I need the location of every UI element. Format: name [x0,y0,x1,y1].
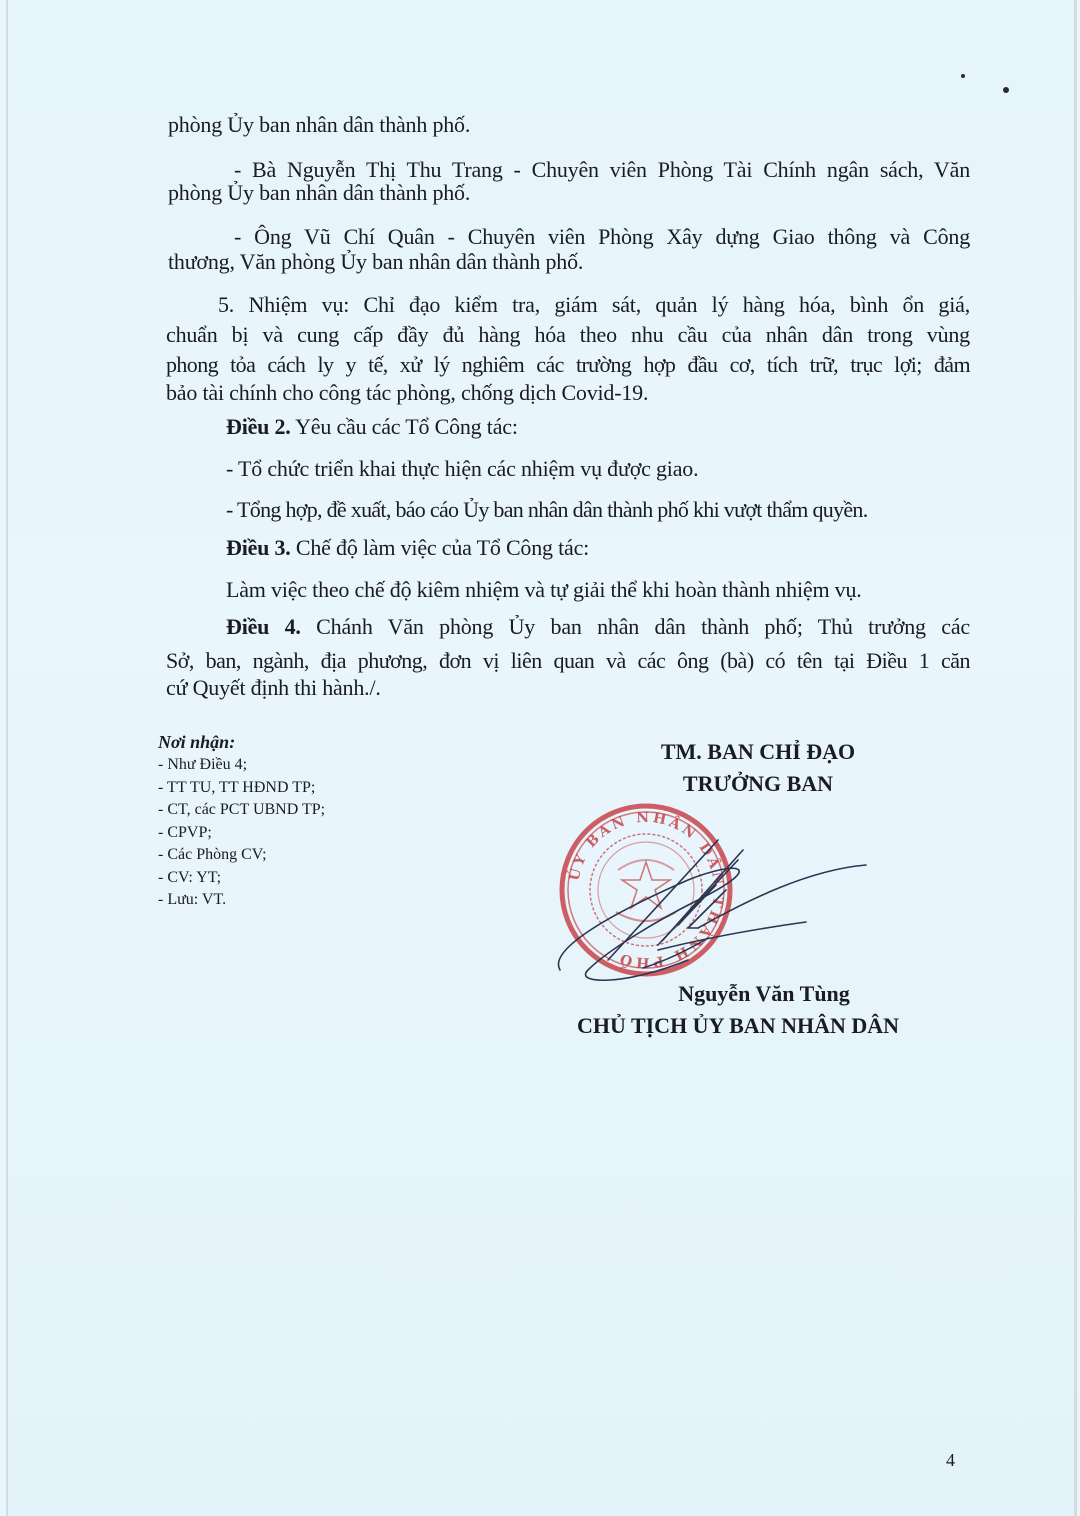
article-4-label: Điều 4. [226,614,301,639]
member-trang-line-2: phòng Ủy ban nhân dân thành phố. [168,180,470,206]
article-4-line-1: Điều 4. Chánh Văn phòng Ủy ban nhân dân … [226,614,970,640]
signer-name: Nguyễn Văn Tùng [568,978,948,1010]
article-4-line-2: Sở, ban, ngành, địa phương, đơn vị liên … [166,648,970,674]
article-2-item: - Tổng hợp, đề xuất, báo cáo Ủy ban nhân… [226,497,868,523]
recipient-item: - TT TU, TT HĐND TP; [158,777,325,800]
body-line: phòng Ủy ban nhân dân thành phố. [168,112,470,138]
article-2-heading: Điều 2. Yêu cầu các Tổ Công tác: [226,414,518,440]
recipients-block: Nơi nhận: - Như Điều 4; - TT TU, TT HĐND… [158,730,325,912]
member-quan-line-1: - Ông Vũ Chí Quân - Chuyên viên Phòng Xâ… [234,224,970,250]
article-4-line-3: cứ Quyết định thi hành./. [166,675,381,701]
duty-line-1: 5. Nhiệm vụ: Chỉ đạo kiểm tra, giám sát,… [218,292,970,318]
scan-speck [1003,87,1009,93]
duty-line-2: chuẩn bị và cung cấp đầy đủ hàng hóa the… [166,322,970,348]
recipients-heading: Nơi nhận: [158,730,325,754]
article-3-text: Làm việc theo chế độ kiêm nhiệm và tự gi… [226,577,862,603]
recipient-item: - CPVP; [158,822,325,845]
document-page: phòng Ủy ban nhân dân thành phố. - Bà Ng… [6,0,1077,1516]
article-3-label: Điều 3. [226,535,291,560]
signer-block: Nguyễn Văn Tùng CHỦ TỊCH ỦY BAN NHÂN DÂN [568,978,948,1042]
signature-heading: TM. BAN CHỈ ĐẠO TRƯỞNG BAN [568,736,948,800]
recipient-item: - CT, các PCT UBND TP; [158,799,325,822]
handwritten-signature-icon [548,820,908,1000]
article-2-label: Điều 2. [226,414,291,439]
article-2-item: - Tổ chức triển khai thực hiện các nhiệm… [226,456,698,482]
duty-line-4: bảo tài chính cho công tác phòng, chống … [166,380,648,406]
recipient-item: - Lưu: VT. [158,889,325,912]
recipient-item: - CV: YT; [158,867,325,890]
article-3-heading: Điều 3. Chế độ làm việc của Tổ Công tác: [226,535,589,561]
article-4-text: Chánh Văn phòng Ủy ban nhân dân thành ph… [301,614,970,639]
recipient-item: - Các Phòng CV; [158,844,325,867]
article-3-title: Chế độ làm việc của Tổ Công tác: [291,535,589,560]
position-label: TRƯỞNG BAN [568,768,948,800]
signer-title: CHỦ TỊCH ỦY BAN NHÂN DÂN [528,1010,948,1042]
member-quan-line-2: thương, Văn phòng Ủy ban nhân dân thành … [168,249,583,275]
scan-speck [961,74,965,78]
recipient-item: - Như Điều 4; [158,754,325,777]
article-2-title: Yêu cầu các Tổ Công tác: [291,414,518,439]
page-number: 4 [946,1450,955,1471]
on-behalf-label: TM. BAN CHỈ ĐẠO [568,736,948,768]
duty-line-3: phong tỏa cách ly y tế, xử lý nghiêm các… [166,352,970,378]
